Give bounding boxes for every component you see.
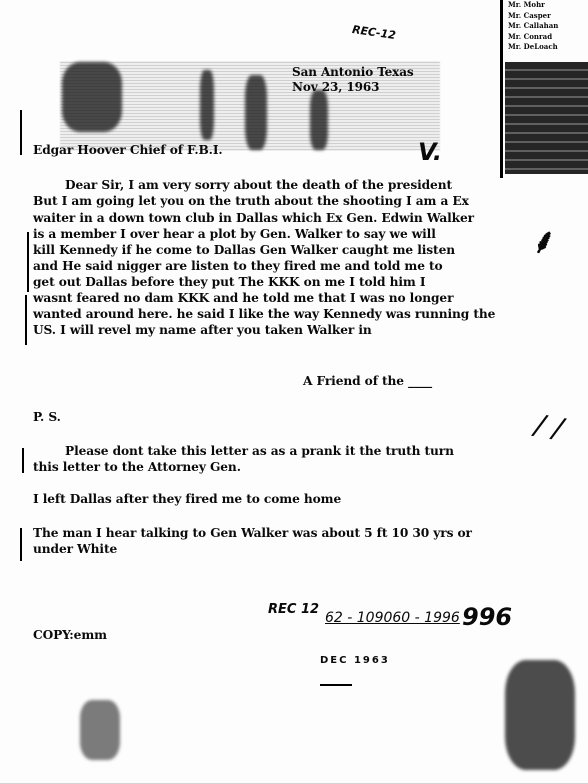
ps-line: this letter to the Attorney Gen. <box>33 460 241 474</box>
letter-line: kill Kennedy if he come to Dallas Gen Wa… <box>33 243 455 257</box>
letter-addressee: Edgar Hoover Chief of F.B.I. <box>33 143 223 157</box>
left-dallas-line: I left Dallas after they fired me to com… <box>33 492 341 506</box>
margin-bar-man <box>20 528 22 561</box>
letter-line: waiter in a down town club in Dallas whi… <box>33 211 474 225</box>
man-line: under White <box>33 542 117 556</box>
document-page: REC-12 Mr. Mohr Mr. Casper Mr. Callahan … <box>0 0 588 783</box>
letter-line: get out Dallas before they put The KKK o… <box>33 275 425 289</box>
letter-line: is a member I over hear a plot by Gen. W… <box>33 227 436 241</box>
margin-bar-body-2 <box>25 295 27 345</box>
margin-initials: V. <box>418 138 442 166</box>
stamp-number: 996 <box>462 603 512 631</box>
signature: A Friend of the ____ <box>303 374 432 388</box>
smudge-header-1 <box>62 62 122 132</box>
stamp-top: REC-12 <box>351 23 396 42</box>
routing-name: Mr. DeLoach <box>503 42 588 53</box>
stamp-underline <box>320 684 352 686</box>
letter-date: Nov 23, 1963 <box>292 80 379 94</box>
right-margin-mark: / / <box>532 408 565 445</box>
smudge-bottom-left <box>80 700 120 760</box>
ps-label: P. S. <box>33 410 61 424</box>
letter-location: San Antonio Texas <box>292 65 414 79</box>
routing-name: Mr. Conrad <box>503 32 588 43</box>
letter-line: Dear Sir, I am very sorry about the deat… <box>65 178 452 192</box>
letter-line: and He said nigger are listen to they fi… <box>33 259 443 273</box>
ps-line: Please dont take this letter as as a pra… <box>65 444 454 458</box>
stamp-date: DEC 1963 <box>320 655 390 666</box>
routing-name: Mr. Casper <box>503 11 588 22</box>
letter-line: wanted around here. he said I like the w… <box>33 307 495 321</box>
routing-name: Mr. Callahan <box>503 21 588 32</box>
letter-line: wasnt feared no dam KKK and he told me t… <box>33 291 453 305</box>
smudge-header-2 <box>200 70 214 140</box>
stamp-rec: REC 12 <box>268 602 319 617</box>
routing-name: Mr. Mohr <box>503 0 588 11</box>
margin-bar-body-1 <box>27 232 29 292</box>
smudge-header-3 <box>245 75 267 150</box>
margin-bar-ps <box>22 448 24 473</box>
letter-line: US. I will revel my name after you taken… <box>33 323 372 337</box>
right-margin-scribble: ⸙ <box>526 218 557 263</box>
routing-redacted-area <box>505 62 588 174</box>
smudge-header-4 <box>310 90 328 150</box>
copy-note: COPY:emm <box>33 628 107 642</box>
man-line: The man I hear talking to Gen Walker was… <box>33 526 472 540</box>
file-number: 62 - 109060 - 1996 <box>325 610 460 626</box>
routing-slip: Mr. Mohr Mr. Casper Mr. Callahan Mr. Con… <box>500 0 588 178</box>
margin-bar-header <box>20 110 22 155</box>
smudge-bottom-right <box>505 660 575 770</box>
letter-line: But I am going let you on the truth abou… <box>33 194 469 208</box>
